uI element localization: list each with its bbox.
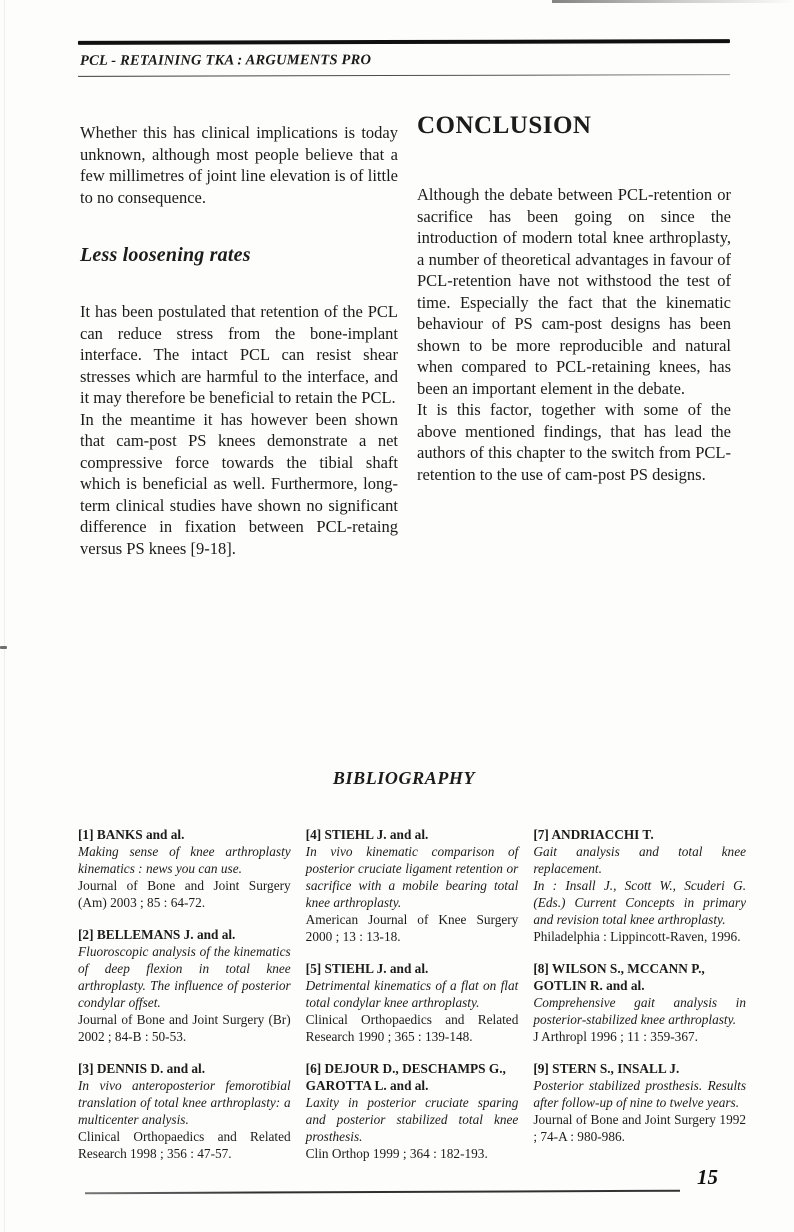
reference-authors: [8] WILSON S., MCCANN P., GOTLIN R. and … [533, 960, 746, 994]
reference-authors: [2] BELLEMANS J. and al. [78, 926, 291, 943]
header-rule-thin [78, 74, 730, 77]
reference-entry: [7] ANDRIACCHI T.Gait analysis and total… [533, 826, 746, 945]
reference-source: Philadelphia : Lippincott-Raven, 1996. [533, 928, 746, 945]
bibliography-columns: [1] BANKS and al.Making sense of knee ar… [78, 826, 746, 1177]
reference-title: Comprehensive gait analysis in posterior… [533, 994, 746, 1028]
reference-title: Fluoroscopic analysis of the kinematics … [78, 943, 291, 1011]
reference-title: In vivo anteroposterior femorotibial tra… [78, 1077, 291, 1128]
bibliography-column-1: [1] BANKS and al.Making sense of knee ar… [78, 826, 291, 1177]
body-paragraph: It has been postulated that retention of… [80, 301, 398, 409]
reference-entry: [5] STIEHL J. and al.Detrimental kinemat… [306, 960, 519, 1045]
reference-title: Making sense of knee arthroplasty kinema… [78, 843, 291, 877]
reference-title: In vivo kinematic comparison of posterio… [306, 843, 519, 911]
reference-title: Detrimental kinematics of a flat on flat… [306, 977, 519, 1011]
reference-entry: [4] STIEHL J. and al.In vivo kinematic c… [306, 826, 519, 945]
footer-rule [85, 1190, 680, 1195]
running-head: PCL - RETAINING TKA : ARGUMENTS PRO [80, 51, 730, 70]
reference-source: J Arthropl 1996 ; 11 : 359-367. [533, 1028, 746, 1045]
reference-entry: [3] DENNIS D. and al.In vivo anteroposte… [78, 1060, 291, 1162]
intro-paragraph: Whether this has clinical implications i… [80, 122, 398, 208]
page-number: 15 [697, 1165, 737, 1190]
scan-artifact-left-edge [4, 0, 5, 1232]
reference-entry: [2] BELLEMANS J. and al.Fluoroscopic ana… [78, 926, 291, 1045]
reference-source: Clinical Orthopaedics and Related Resear… [78, 1128, 291, 1162]
reference-source: Clin Orthop 1999 ; 364 : 182-193. [306, 1145, 519, 1162]
reference-entry: [9] STERN S., INSALL J.Posterior stabili… [533, 1060, 746, 1145]
reference-source: American Journal of Knee Surgery 2000 ; … [306, 911, 519, 945]
reference-authors: [4] STIEHL J. and al. [306, 826, 519, 843]
reference-source: Journal of Bone and Joint Surgery (Br) 2… [78, 1011, 291, 1045]
right-column: CONCLUSION Although the debate between P… [417, 112, 731, 485]
header-rule-thick [78, 39, 730, 45]
reference-title: Laxity in posterior cruciate sparing and… [306, 1094, 519, 1145]
reference-authors: [7] ANDRIACCHI T. [533, 826, 746, 843]
reference-title: Posterior stabilized prosthesis. Results… [533, 1077, 746, 1111]
conclusion-paragraph: It is this factor, together with some of… [417, 399, 731, 485]
reference-in-note: In : Insall J., Scott W., Scuderi G. (Ed… [533, 877, 746, 928]
page-header: PCL - RETAINING TKA : ARGUMENTS PRO [78, 39, 730, 77]
scan-artifact-left-dash [0, 646, 7, 649]
bibliography-column-3: [7] ANDRIACCHI T.Gait analysis and total… [533, 826, 746, 1177]
reference-source: Journal of Bone and Joint Surgery 1992 ;… [533, 1111, 746, 1145]
reference-entry: [1] BANKS and al.Making sense of knee ar… [78, 826, 291, 911]
conclusion-heading: CONCLUSION [417, 112, 731, 140]
reference-title: Gait analysis and total knee replacement… [533, 843, 746, 877]
conclusion-paragraph: Although the debate between PCL-retentio… [417, 184, 731, 399]
reference-entry: [8] WILSON S., MCCANN P., GOTLIN R. and … [533, 960, 746, 1045]
reference-source: Journal of Bone and Joint Surgery (Am) 2… [78, 877, 291, 911]
scan-artifact-top [552, 0, 794, 3]
document-page: PCL - RETAINING TKA : ARGUMENTS PRO Whet… [0, 0, 794, 1232]
body-paragraph: In the meantime it has however been show… [80, 409, 398, 560]
reference-authors: [1] BANKS and al. [78, 826, 291, 843]
reference-authors: [9] STERN S., INSALL J. [533, 1060, 746, 1077]
reference-authors: [3] DENNIS D. and al. [78, 1060, 291, 1077]
bibliography-heading: BIBLIOGRAPHY [78, 768, 730, 789]
reference-authors: [6] DEJOUR D., DESCHAMPS G., GAROTTA L. … [306, 1060, 519, 1094]
reference-authors: [5] STIEHL J. and al. [306, 960, 519, 977]
section-heading-less-loosening-rates: Less loosening rates [80, 244, 398, 267]
reference-entry: [6] DEJOUR D., DESCHAMPS G., GAROTTA L. … [306, 1060, 519, 1162]
left-column: Whether this has clinical implications i… [80, 122, 398, 559]
bibliography-column-2: [4] STIEHL J. and al.In vivo kinematic c… [306, 826, 519, 1177]
reference-source: Clinical Orthopaedics and Related Resear… [306, 1011, 519, 1045]
